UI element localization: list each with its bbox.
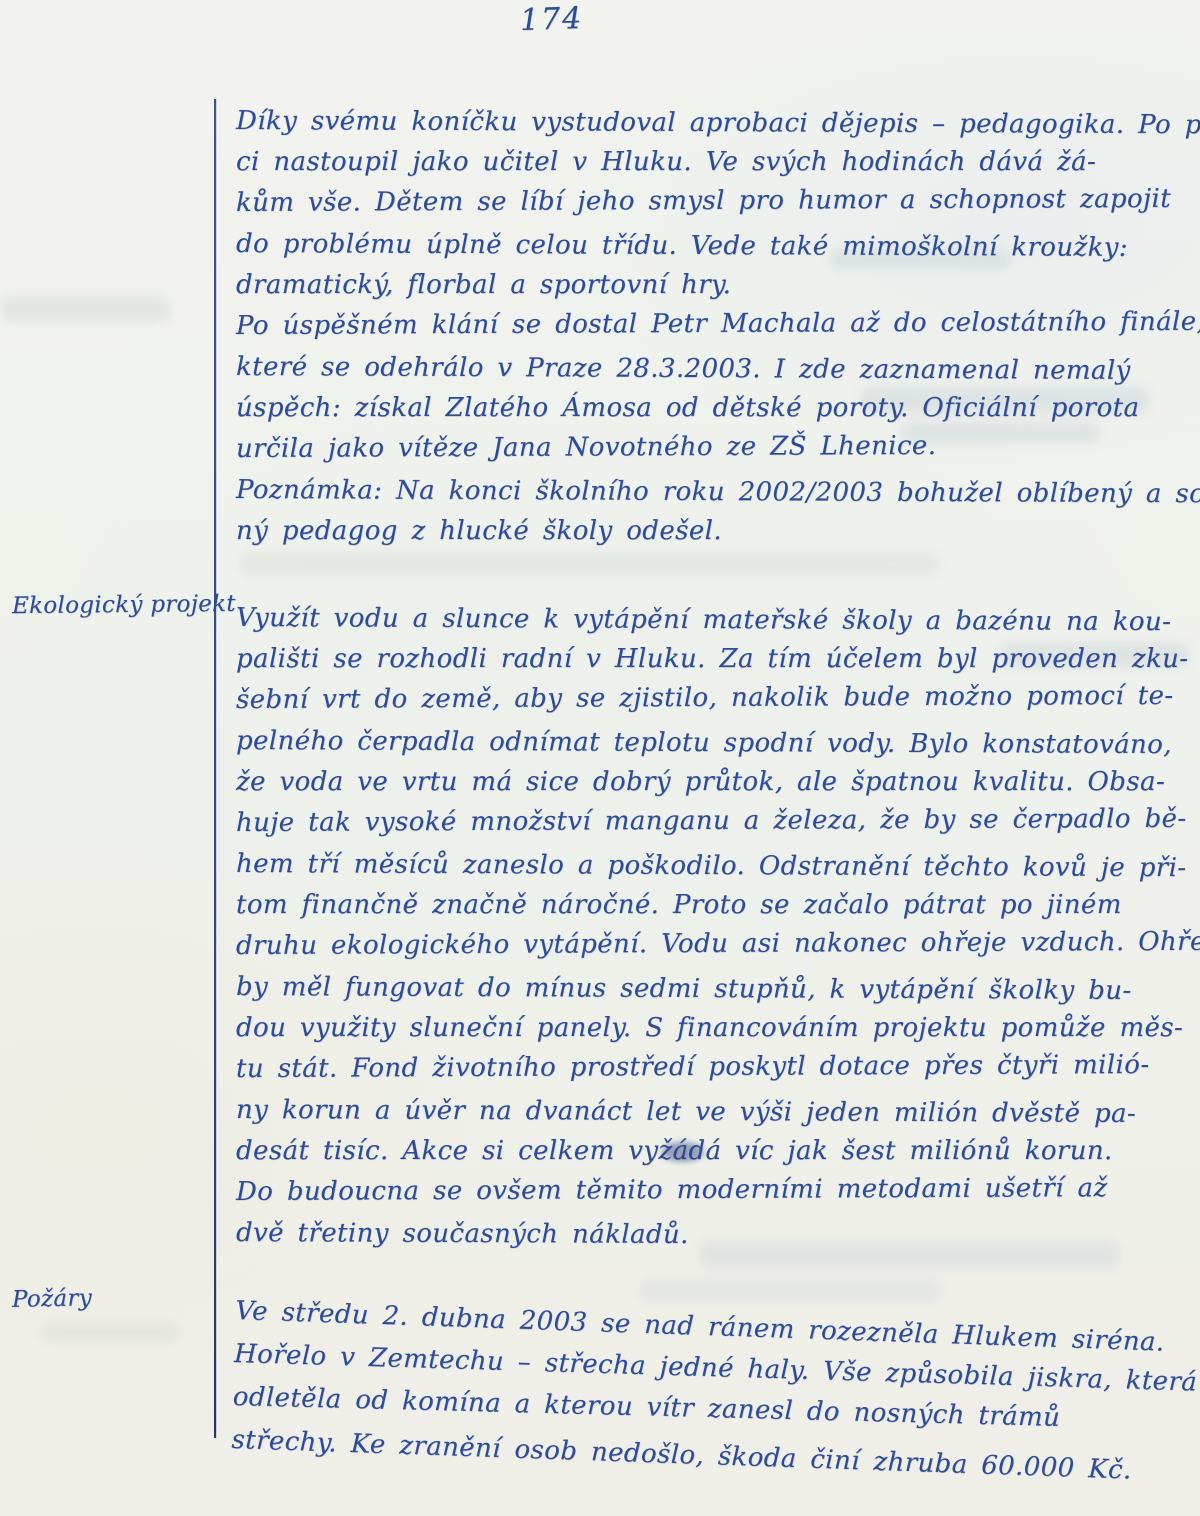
margin-note-pozary: Požáry (12, 1285, 93, 1313)
handwritten-line: Poznámka: Na konci školního roku 2002/20… (236, 470, 1188, 515)
handwritten-line: úspěch: získal Zlatého Ámosa od dětské p… (236, 388, 1188, 429)
handwritten-line: tu stát. Fond životního prostředí poskyt… (236, 1045, 1188, 1090)
handwritten-line: tom finančně značně náročné. Proto se za… (236, 885, 1188, 926)
handwritten-line: ci nastoupil jako učitel v Hluku. Ve svý… (236, 142, 1188, 183)
paragraph-ekologicky-projekt: Využít vodu a slunce k vytápění mateřské… (236, 598, 1188, 1254)
handwritten-line: dou využity sluneční panely. S financová… (236, 1008, 1188, 1049)
bleed-through-artifact (240, 552, 940, 576)
handwritten-line: že voda ve vrtu má sice dobrý průtok, al… (236, 762, 1188, 803)
handwritten-line: Díky svému koníčku vystudoval aprobaci d… (236, 101, 1188, 146)
handwritten-line: pališti se rozhodli radní v Hluku. Za tí… (236, 639, 1188, 680)
handwritten-line: by měl fungovat do mínus sedmi stupňů, k… (236, 967, 1188, 1012)
handwritten-line: které se odehrálo v Praze 28.3.2003. I z… (236, 347, 1188, 392)
bleed-through-artifact (640, 1280, 940, 1302)
handwritten-line: ný pedagog z hlucké školy odešel. (236, 511, 1188, 552)
handwritten-line: hem tří měsíců zaneslo a poškodilo. Odst… (236, 844, 1188, 889)
margin-note-ekologicky-projekt: Ekologický projekt (12, 591, 236, 619)
handwritten-line: pelného čerpadla odnímat teplotu spodní … (236, 721, 1188, 766)
handwritten-line: do problému úplně celou třídu. Vede také… (236, 224, 1188, 269)
handwritten-line: určila jako vítěze Jana Novotného ze ZŠ … (236, 425, 1188, 470)
chronicle-page: 174 Ekologický projekt Požáry Díky svému… (0, 0, 1200, 1516)
handwritten-line: kům vše. Dětem se líbí jeho smysl pro hu… (236, 179, 1188, 224)
handwritten-line: Do budoucna se ovšem těmito moderními me… (236, 1168, 1188, 1213)
bleed-through-artifact (0, 296, 170, 322)
handwritten-line: Využít vodu a slunce k vytápění mateřské… (236, 598, 1188, 643)
handwritten-line: druhu ekologického vytápění. Vodu asi na… (236, 922, 1188, 967)
page-number: 174 (519, 1, 583, 38)
handwritten-line: desát tisíc. Akce si celkem vyžádá víc j… (236, 1131, 1188, 1172)
handwritten-line: huje tak vysoké množství manganu a želez… (236, 799, 1188, 844)
handwritten-line: dramatický, florbal a sportovní hry. (236, 265, 1188, 306)
handwritten-line: Po úspěšném klání se dostal Petr Machala… (236, 302, 1188, 347)
paragraph-teacher-zlaty-amos: Díky svému koníčku vystudoval aprobaci d… (236, 101, 1188, 552)
margin-rule-line (214, 99, 216, 1438)
handwritten-line: šební vrt do země, aby se zjistilo, nako… (236, 676, 1188, 721)
paragraph-pozary: Ve středu 2. dubna 2003 se nad ránem roz… (231, 1290, 1188, 1490)
handwritten-line: ny korun a úvěr na dvanáct let ve výši j… (236, 1090, 1188, 1135)
handwritten-line: dvě třetiny současných nákladů. (236, 1213, 1188, 1258)
bleed-through-artifact (40, 1322, 180, 1342)
